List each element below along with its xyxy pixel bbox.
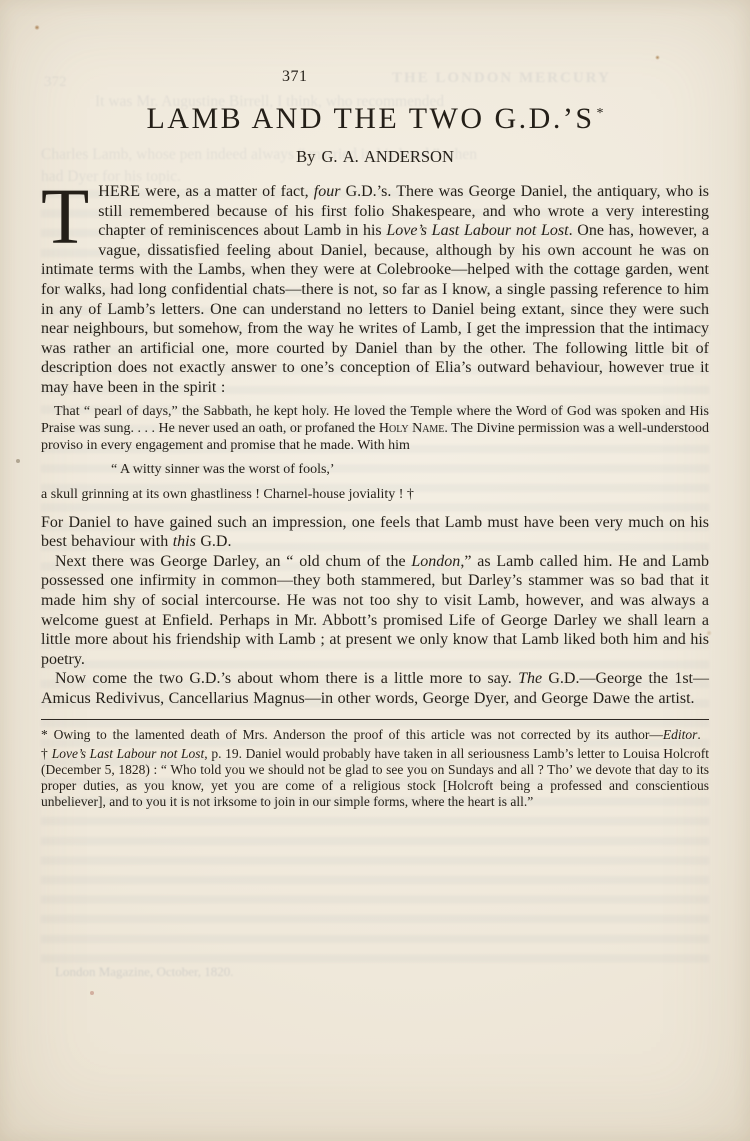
foxing-spot xyxy=(34,25,40,30)
title-footnote-marker: * xyxy=(597,106,604,121)
paragraph-opening-text: HERE were, as a matter of fact, four G.D… xyxy=(41,183,709,396)
article-title-text: LAMB AND THE TWO G.D.’S xyxy=(146,102,594,135)
scanned-book-page: 372 THE LONDON MERCURY It was Mr. August… xyxy=(0,0,750,1141)
byline: By G. A. ANDERSON xyxy=(41,147,709,167)
page-content: 371 LAMB AND THE TWO G.D.’S* By G. A. AN… xyxy=(41,0,709,811)
foxing-spot xyxy=(90,991,94,995)
paragraph-opening: THERE were, as a matter of fact, four G.… xyxy=(41,182,709,398)
quotation-verse-line: “ A witty sinner was the worst of fools,… xyxy=(111,461,709,478)
page-number: 371 xyxy=(282,68,709,86)
quotation-closing-line: a skull grinning at its own ghastliness … xyxy=(41,486,709,503)
footnote-divider xyxy=(41,719,709,720)
block-quotation: That “ pearl of days,” the Sabbath, he k… xyxy=(41,403,709,504)
paragraph-2: For Daniel to have gained such an impres… xyxy=(41,513,709,552)
paragraph-3: Next there was George Darley, an “ old c… xyxy=(41,552,709,670)
foxing-spot xyxy=(16,459,20,463)
drop-cap: T xyxy=(41,182,98,249)
footnote-dagger: † Love’s Last Labour not Lost, p. 19. Da… xyxy=(41,746,709,811)
footnote-asterisk: * Owing to the lamented death of Mrs. An… xyxy=(41,727,709,743)
quotation-text: That “ pearl of days,” the Sabbath, he k… xyxy=(41,403,709,455)
paragraph-4: Now come the two G.D.’s about whom there… xyxy=(41,669,709,708)
article-title: LAMB AND THE TWO G.D.’S* xyxy=(41,102,709,136)
